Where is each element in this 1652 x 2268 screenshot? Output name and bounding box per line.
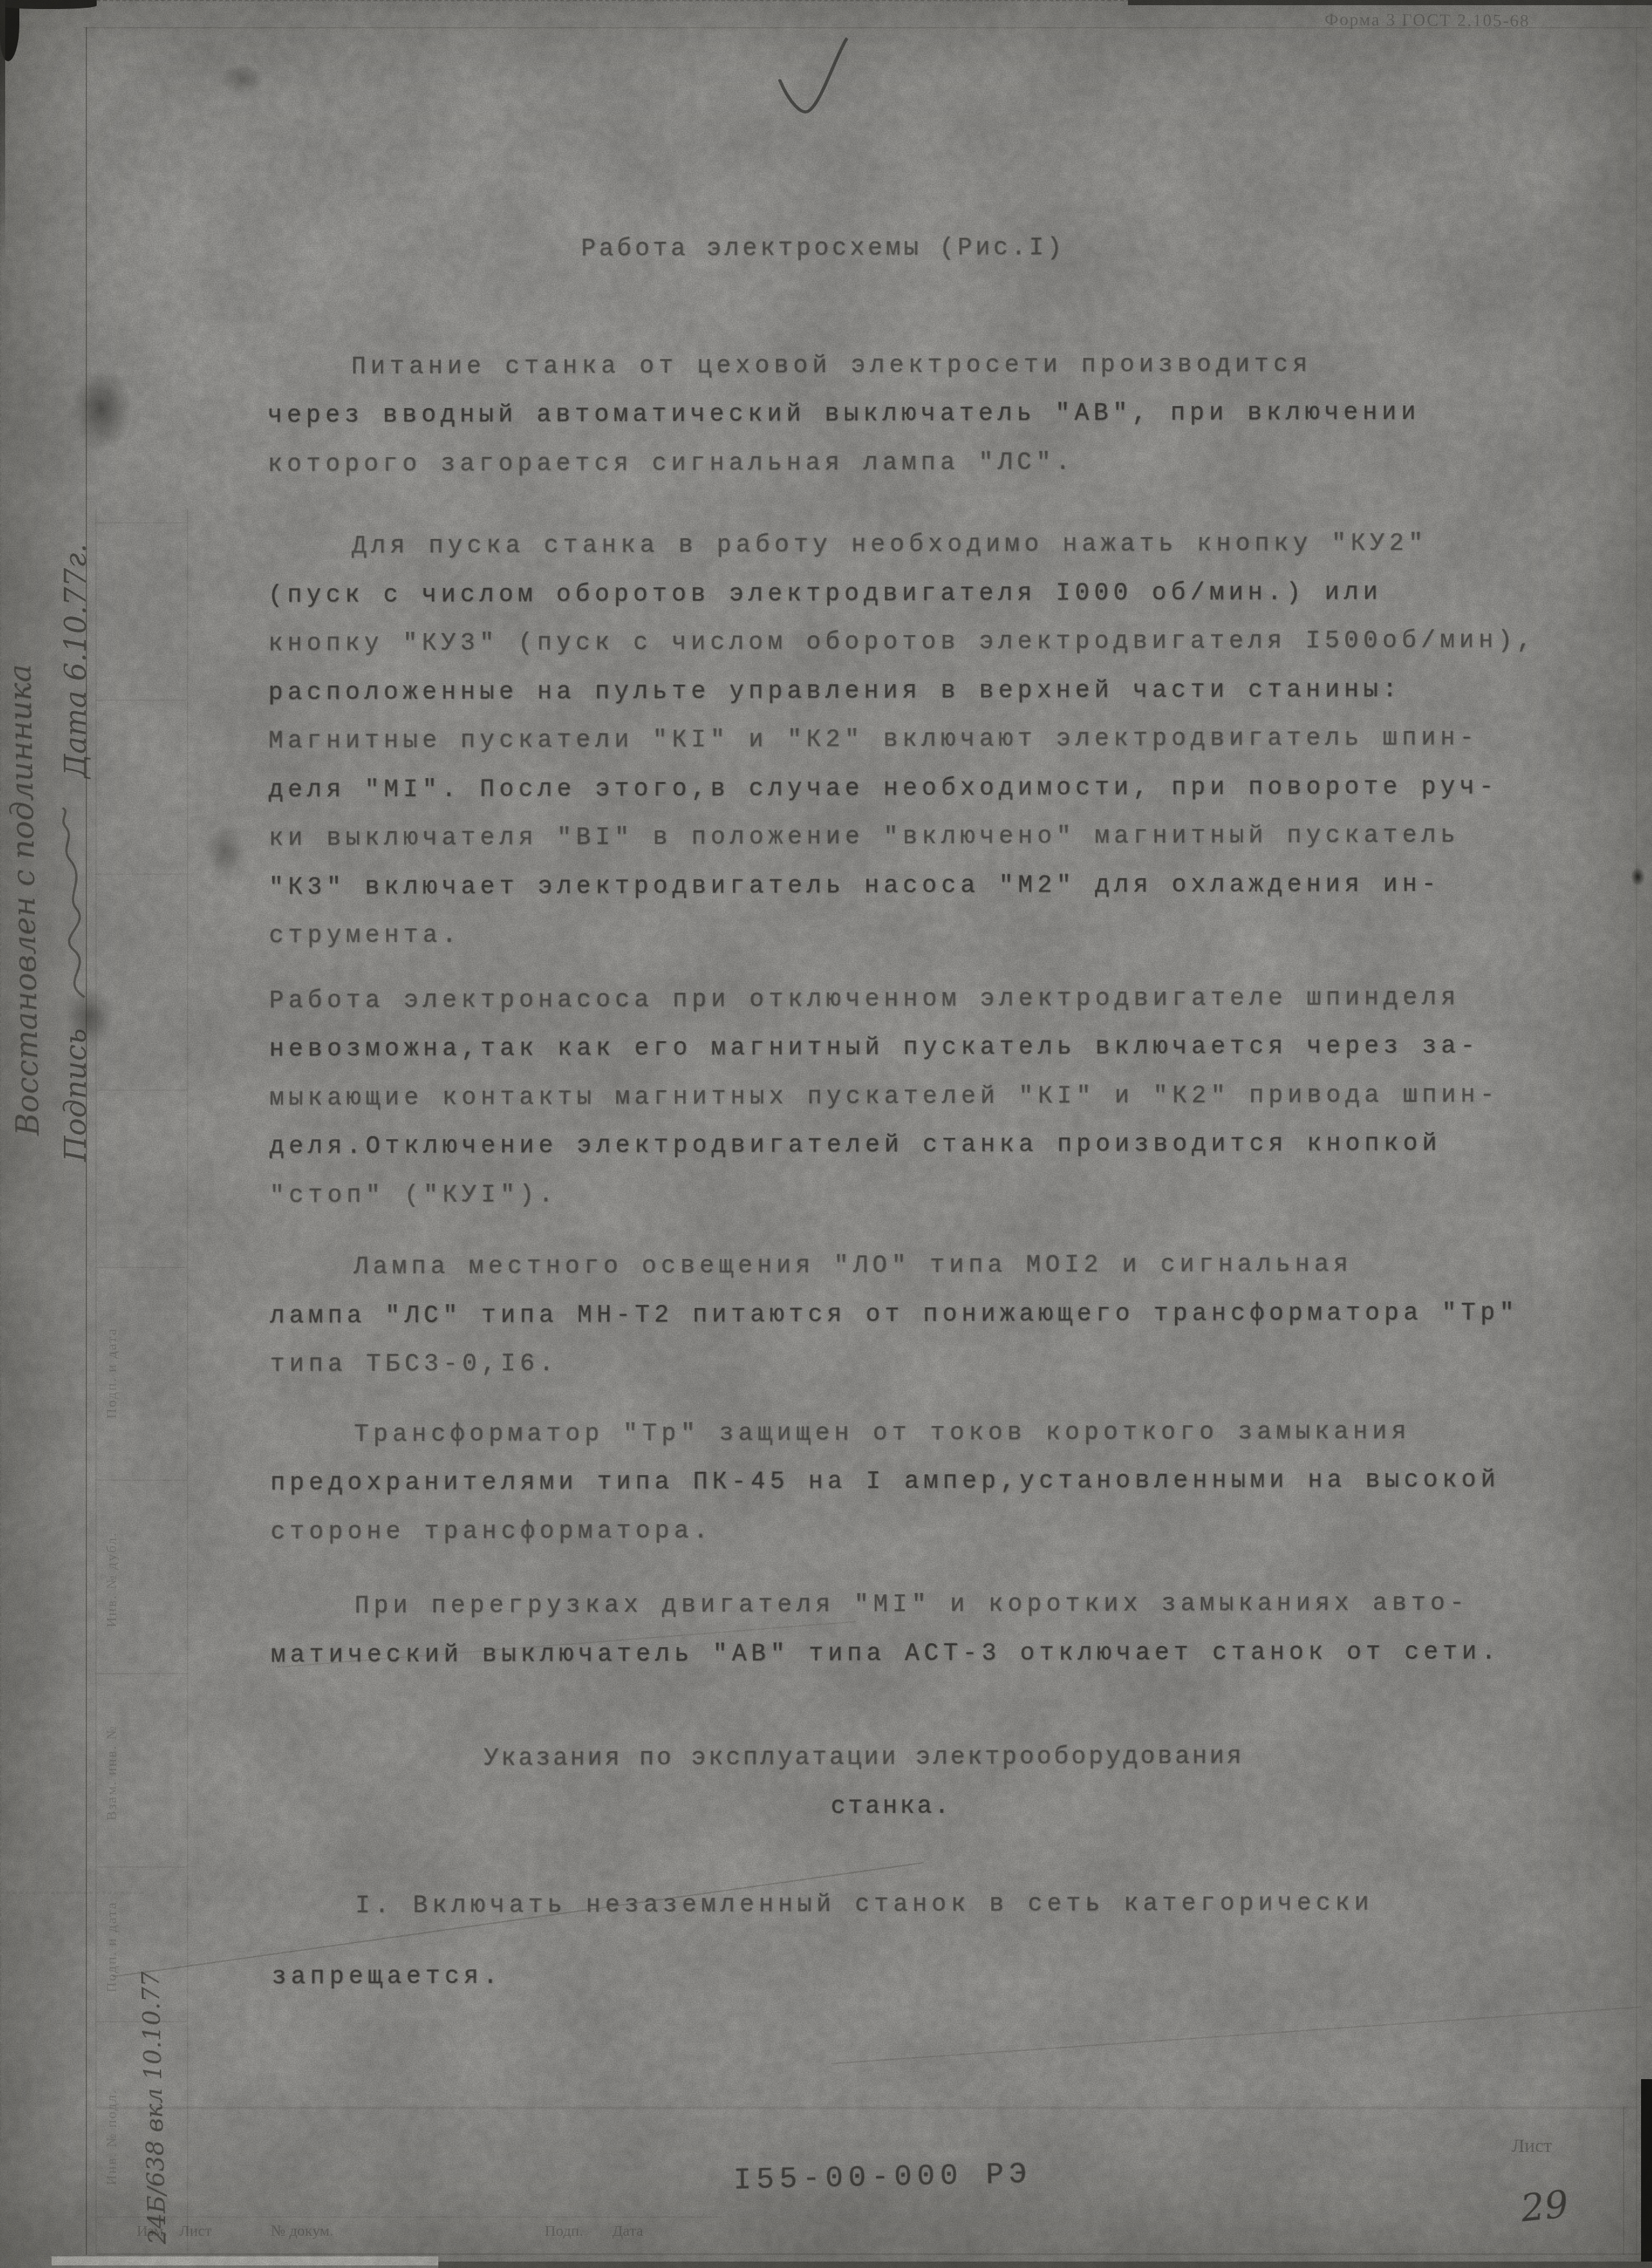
title-block-line — [0, 1965, 1652, 2000]
paragraph: Питание станка от цеховой электросети пр… — [267, 340, 1570, 489]
text-line: Лампа местного освещения "ЛО" типа МОI2 … — [270, 1240, 1572, 1292]
text-line: невозможна,так как его магнитный пускате… — [269, 1022, 1571, 1074]
text-line: "стоп" ("КУI"). — [269, 1168, 1571, 1220]
paragraph: Лампа местного освещения "ЛО" типа МОI2 … — [270, 1240, 1573, 1389]
signature-label: Подпись — [58, 1028, 93, 1162]
signature-handwriting: Подпись Дата 6.10.77г. — [53, 543, 98, 1162]
title-block-line — [97, 2216, 722, 2218]
text-line: типа ТБС3-0,I6. — [270, 1337, 1572, 1389]
title-block-line — [0, 2036, 1652, 2071]
text-line: через вводный автоматический выключатель… — [267, 388, 1569, 440]
revision-label: Дата — [612, 2223, 643, 2240]
text-line: матический выключатель "АВ" типа АСТ-3 о… — [271, 1628, 1573, 1680]
title-block-line — [97, 2253, 1652, 2255]
text-line: Трансформатор "Тр" защищен от токов коро… — [270, 1407, 1572, 1460]
sheet-label: Лист — [1511, 2135, 1552, 2157]
text-line: ки выключателя "ВI" в положение "включен… — [269, 811, 1571, 863]
revision-label: Изм. — [137, 2223, 168, 2240]
paragraph: Работа электронасоса при отключенном эле… — [269, 973, 1571, 1220]
text-line: струмента. — [269, 908, 1571, 961]
revision-label: Лист — [179, 2223, 211, 2240]
text-line: "К3" включает электродвигатель насоса "М… — [269, 860, 1571, 912]
text-line: Работа электронасоса при отключенном эле… — [269, 973, 1571, 1026]
text-line: мыкающие контакты магнитных пускателей "… — [269, 1071, 1571, 1123]
paragraph: Трансформатор "Тр" защищен от токов коро… — [270, 1407, 1573, 1557]
text-line: которого загорается сигнальная лампа "ЛС… — [267, 437, 1569, 489]
scan-edge-artifact — [438, 2262, 1652, 2268]
stamp-label: Подп. и дата — [103, 1267, 120, 1480]
title-block-line — [0, 2107, 1652, 2142]
text-line: Питание станка от цеховой электросети пр… — [267, 340, 1569, 392]
text-line: (пуск с числом оборотов электродвигателя… — [268, 568, 1570, 620]
title-block-line — [0, 2071, 1652, 2107]
text-line: деля "МI". После этого,в случае необходи… — [269, 763, 1571, 815]
doc-number: I55-00-000 РЭ — [734, 2158, 1033, 2198]
paragraph: При перегрузках двигателя "МI" и коротки… — [271, 1579, 1573, 1679]
title-block-line — [0, 1745, 1652, 1892]
page-number: 29 — [1519, 2182, 1571, 2230]
form-note: Форма 3 ГОСТ 2.105-68 — [1325, 10, 1530, 31]
text-line: При перегрузках двигателя "МI" и коротки… — [271, 1579, 1573, 1631]
text-line: стороне трансформатора. — [271, 1505, 1573, 1557]
text-line: Для пуска станка в работу необходимо наж… — [268, 519, 1570, 571]
text-line: предохранителями типа ПК-45 на I ампер,у… — [270, 1456, 1572, 1508]
scanned-page: Подп. и дата Инв. № дубл. Взам. инв. № П… — [0, 0, 1652, 2268]
paragraph: Для пуска станка в работу необходимо наж… — [268, 519, 1571, 961]
revision-label: Подп. — [545, 2223, 583, 2240]
page-title: Работа электросхемы (Рис.I) — [581, 222, 1569, 274]
text-line: Магнитные пускатели "КI" и "К2" включают… — [268, 714, 1570, 766]
revision-label: № докум. — [271, 2223, 333, 2240]
text-line: кнопку "КУ3" (пуск с числом оборотов эле… — [268, 616, 1570, 669]
title-block-line — [0, 2000, 1652, 2036]
stamp-label: Инв. № дубл. — [103, 1486, 120, 1673]
signature-scribble — [53, 807, 98, 1000]
text-line: деля.Отключение электродвигателей станка… — [269, 1119, 1571, 1171]
scan-edge-artifact — [52, 2256, 438, 2265]
title-block-line — [0, 1894, 1652, 1930]
title-block-line — [0, 1930, 1652, 1965]
text-line: лампа "ЛС" типа МН-Т2 питаются от понижа… — [270, 1289, 1572, 1341]
text-line: расположенные на пульте управления в вер… — [268, 665, 1570, 718]
date-label: Дата 6.10.77г. — [58, 543, 93, 778]
